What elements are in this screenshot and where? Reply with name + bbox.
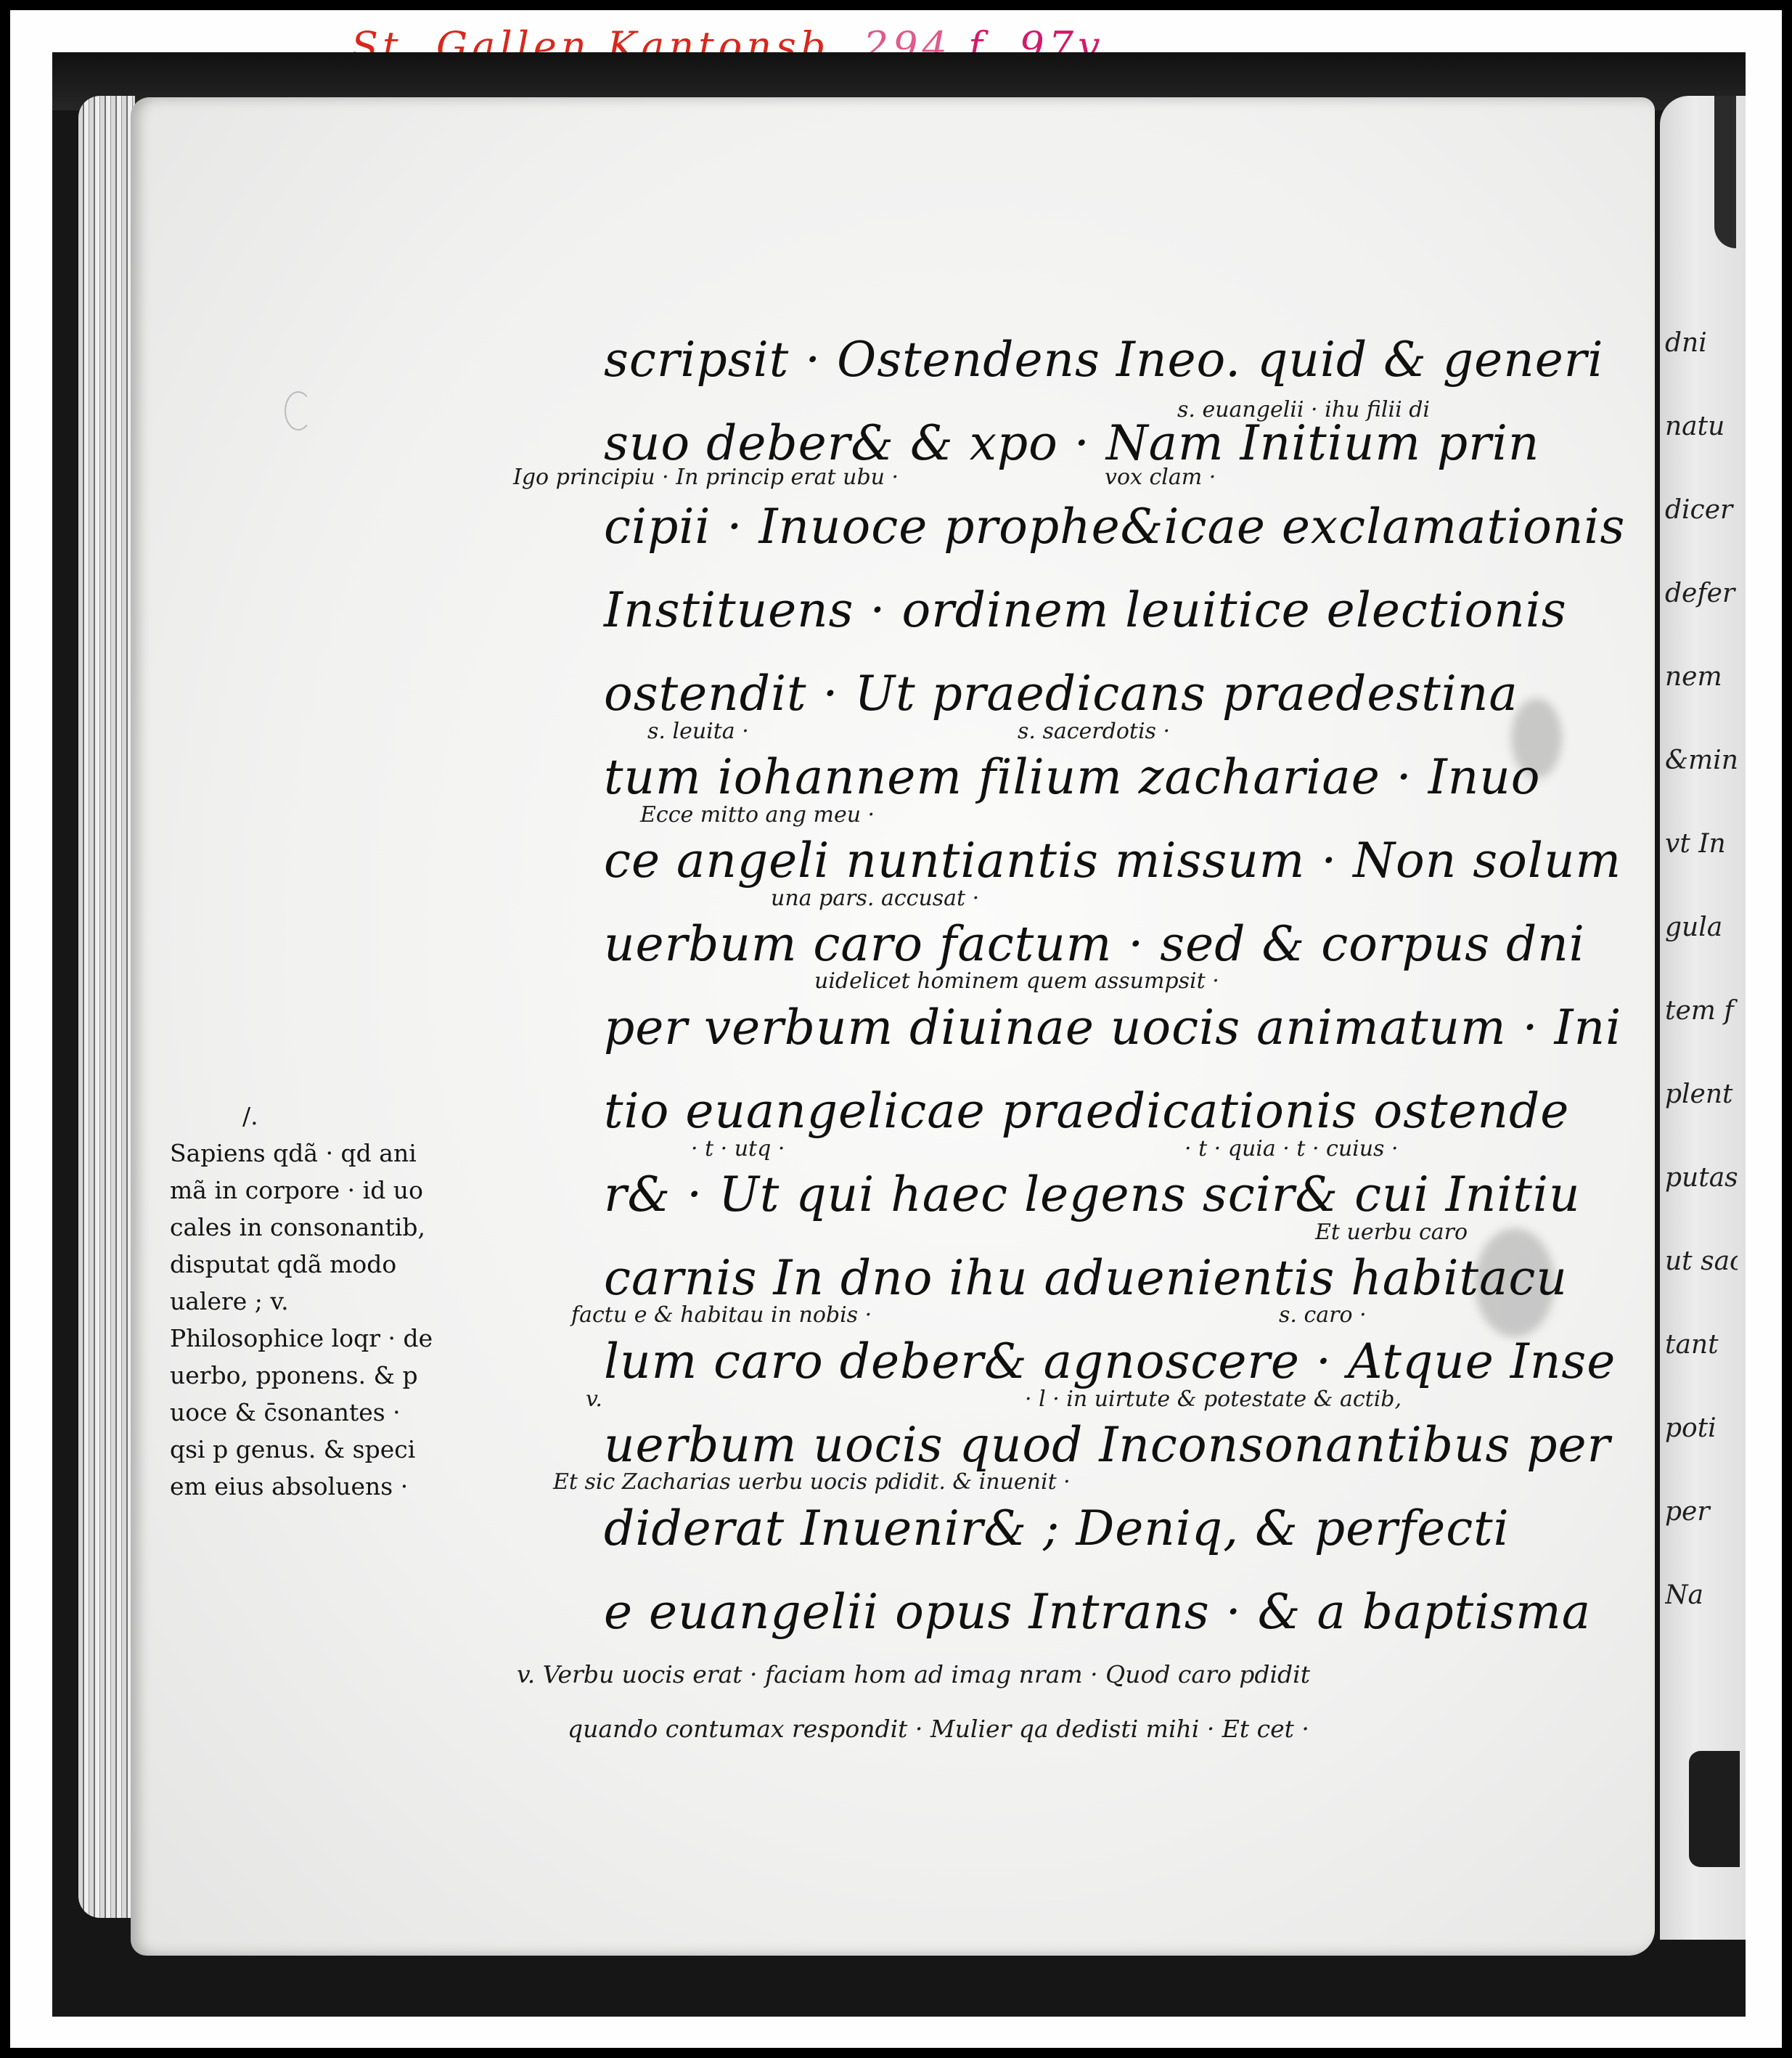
facing-text-1: dni [1665, 328, 1738, 358]
gloss-line-7: Ecce mitto ang meu · [640, 802, 875, 828]
facing-text-8: gula [1665, 912, 1738, 942]
text-line-10: tio euangelicae praedicationis ostende [604, 1083, 1569, 1139]
text-line-11: r& · Ut qui haec legens scir& cui Initiu [604, 1167, 1581, 1222]
text-line-7: ce angeli nuntiantis missum · Non solum [604, 833, 1621, 889]
text-line-12: carnis In dno ihu aduenientis habitacu [604, 1250, 1568, 1306]
facing-text-2: natu [1665, 412, 1738, 441]
gloss-line-6-left: s. leuita · [647, 719, 749, 744]
facing-text-13: tant [1665, 1330, 1738, 1360]
text-line-15: diderat Inuenir& ; Deniq, & perfecti [604, 1500, 1510, 1556]
binding-tab-bottom [1689, 1751, 1740, 1867]
text-line-8: uerbum caro factum · sed & corpus dni [604, 916, 1585, 972]
margin-gloss: /. Sapiens qdã · qd ani mã in corpore · … [170, 1098, 433, 1505]
text-line-9: per verbum diuinae uocis animatum · Ini [604, 1000, 1621, 1055]
text-line-16: e euangelii opus Intrans · & a baptisma [604, 1584, 1591, 1640]
text-line-14: uerbum uocis quod Inconsonantibus per [604, 1417, 1611, 1473]
margin-gloss-mark: /. [170, 1098, 433, 1135]
gloss-line-14-right: · l · in uirtute & potestate & actib, [1025, 1387, 1402, 1412]
gloss-line-6-right: s. sacerdotis · [1018, 719, 1170, 744]
text-line-13: lum caro deber& agnoscere · Atque Inse [604, 1334, 1616, 1389]
text-line-2: suo deber& & xpo · Nam Initium prin [604, 415, 1539, 471]
facing-text-14: poti [1665, 1413, 1738, 1443]
bottom-gloss-2: quando contumax respondit · Mulier qa de… [568, 1715, 1309, 1743]
margin-gloss-line: disputat qdã modo [170, 1246, 433, 1283]
gloss-line-11-left: · t · utq · [691, 1136, 785, 1161]
margin-gloss-line: em eius absoluens · [170, 1468, 433, 1505]
margin-gloss-line: Sapiens qdã · qd ani [170, 1135, 433, 1172]
facing-text-6: &min [1665, 746, 1738, 775]
page-hole-mark [285, 391, 312, 430]
margin-gloss-line: cales in consonantib, [170, 1209, 433, 1246]
gloss-line-8: una pars. accusat · [771, 886, 979, 911]
gloss-line-15: Et sic Zacharias uerbu uocis pdidit. & i… [553, 1469, 1071, 1495]
margin-gloss-line: uoce & c̄sonantes · [170, 1394, 433, 1431]
gloss-line-2: s. euangelii · ihu filii di [1177, 397, 1430, 422]
text-line-1: scripsit · Ostendens Ineo. quid & generi [604, 332, 1603, 388]
gloss-line-13-left: factu e & habitau in nobis · [571, 1302, 872, 1328]
facing-text-5: nem [1665, 662, 1738, 692]
gloss-line-13-right: s. caro · [1279, 1302, 1367, 1328]
page-block-edges [78, 96, 135, 1918]
text-line-6: tum iohannem filium zachariae · Inuo [604, 749, 1541, 805]
gloss-line-3-right: vox clam · [1105, 465, 1216, 490]
gloss-line-9: uidelicet hominem quem assumpsit · [814, 968, 1219, 994]
text-line-3: cipii · Inuoce prophe&icae exclamationis [604, 499, 1625, 555]
margin-gloss-line: Philosophice loqr · de [170, 1320, 433, 1357]
facing-text-16: Na [1665, 1580, 1738, 1610]
text-line-5: ostendit · Ut praedicans praedestina [604, 666, 1518, 722]
gloss-line-12-right: Et uerbu caro [1315, 1220, 1468, 1245]
facing-text-3: dicer [1665, 495, 1738, 525]
facing-text-11: putas [1665, 1163, 1738, 1193]
text-line-4: Instituens · ordinem leuitice electionis [604, 582, 1567, 638]
facing-text-12: ut sac [1665, 1246, 1738, 1276]
gloss-line-14-left: v. [586, 1387, 602, 1412]
margin-gloss-line: ualere ; v. [170, 1283, 433, 1320]
facing-text-15: per [1665, 1497, 1738, 1527]
manuscript-photo: scripsit · Ostendens Ineo. quid & generi… [52, 52, 1746, 2017]
binding-tab-top [1714, 96, 1736, 248]
facing-text-10: plent [1665, 1079, 1738, 1109]
facing-text-7: vt In [1665, 829, 1738, 859]
gloss-line-3-left: Igo principiu · In princip erat ubu · [513, 465, 899, 490]
bottom-gloss-1: v. Verbu uocis erat · faciam hom ad imag… [517, 1660, 1310, 1689]
margin-gloss-line: qsi p genus. & speci [170, 1431, 433, 1468]
facing-text-4: defer [1665, 579, 1738, 608]
gloss-line-11-right: · t · quia · t · cuius · [1185, 1136, 1399, 1161]
margin-gloss-line: uerbo, pponens. & p [170, 1357, 433, 1394]
margin-gloss-line: mã in corpore · id uo [170, 1172, 433, 1209]
facing-text-9: tem f [1665, 996, 1738, 1026]
